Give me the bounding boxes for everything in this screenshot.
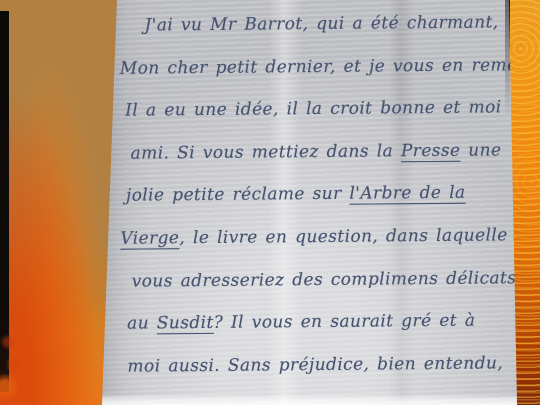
letter-line: Vierge, le livre en question, dans laque…: [116, 214, 516, 260]
letter-text-segment: J'ai vu Mr Barrot, qui a été charmant,: [144, 12, 498, 35]
letter-text-segment: Il a eu une idée, il la croit bonne et m…: [125, 98, 501, 121]
table-mottle-bottom-left: [0, 315, 26, 405]
letter-line: au Susdit? Il vous en saurait gré et à: [117, 299, 517, 345]
letter-line: moi aussi. Sans préjudice, bien entendu,: [117, 342, 517, 388]
letter-photo: J'ai vu Mr Barrot, qui a été charmant,Mo…: [0, 0, 540, 405]
letter-text-segment: moi aussi. Sans préjudice, bien entendu,: [127, 353, 503, 376]
letter-line: jolie petite réclame sur l'Arbre de la: [116, 172, 516, 218]
underlined-phrase: l'Arbre de la: [349, 183, 465, 204]
letter-text-segment: une: [460, 140, 501, 160]
letter-text-segment: ? Il vous en saurait gré et à: [214, 311, 476, 333]
letter-line: Mon cher petit dernier, et je vous en re…: [115, 44, 515, 90]
letter-text-segment: vous adresseriez des complimens délicats: [132, 268, 517, 291]
letter-line: Il a eu une idée, il la croit bonne et m…: [115, 86, 515, 132]
letter-text-segment: , le livre en question, dans laquelle: [179, 225, 508, 248]
letter-body: J'ai vu Mr Barrot, qui a été charmant,Mo…: [114, 1, 517, 388]
underlined-phrase: Vierge: [120, 228, 179, 249]
letter-text-segment: jolie petite réclame sur: [126, 184, 350, 206]
letter-text-segment: ami. Si vous mettiez dans la: [131, 141, 401, 163]
paper-edge-shadow: [505, 0, 510, 118]
letter-line: J'ai vu Mr Barrot, qui a été charmant,: [114, 1, 514, 47]
letter-text-segment: au: [127, 314, 157, 334]
letter-line: vous adresseriez des complimens délicats: [117, 257, 517, 303]
underlined-phrase: Presse: [401, 141, 461, 162]
letter-line: ami. Si vous mettiez dans la Presse une: [115, 129, 515, 175]
letter-text-segment: Mon cher petit dernier, et je vous en re…: [120, 54, 540, 78]
underlined-phrase: Susdit: [157, 313, 214, 333]
